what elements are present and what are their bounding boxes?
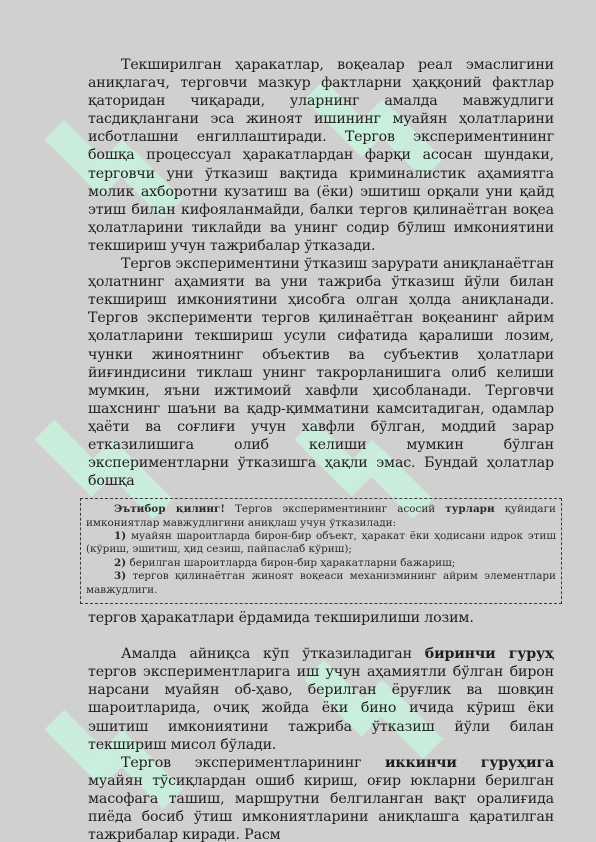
- paragraph-4-bold: иккинчи гуруҳига: [385, 755, 554, 771]
- note-item-number: 3): [114, 570, 126, 582]
- note-intro-text: Тергов экспериментининг асосий: [235, 503, 435, 515]
- note-item-text: муайян шароитларда бирон-бир объект, ҳар…: [86, 530, 556, 555]
- paragraph-3: Амалда айниқса кўп ўтказиладиган биринчи…: [88, 645, 554, 754]
- paragraph-spacer: [88, 627, 554, 645]
- note-item-number: 1): [114, 530, 126, 542]
- document-page: Текширилган ҳаракатлар, воқеалар реал эм…: [88, 56, 554, 842]
- note-intro: Эътибор қилинг! Тергов экспериментининг …: [86, 503, 556, 530]
- paragraph-3-bold: биринчи гуруҳ: [425, 646, 554, 662]
- paragraph-4: Тергов экспериментларининг иккинчи гуруҳ…: [88, 754, 554, 842]
- paragraph-2-continued: тергов ҳаракатлари ёрдамида текширилиши …: [88, 609, 554, 627]
- paragraph-3-text: Амалда айниқса кўп ўтказиладиган: [121, 646, 412, 662]
- note-item-text: тергов қилинаётган жиноят воқеаси механи…: [86, 570, 556, 595]
- paragraph-2: Тергов экспериментини ўтказиш зарурати а…: [88, 255, 554, 490]
- paragraph-4-text: Тергов экспериментларининг: [121, 755, 361, 771]
- paragraph-3-rest: тергов экспериментларига иш учун аҳамият…: [88, 664, 554, 752]
- note-item-1: 1) муайян шароитларда бирон-бир объект, …: [86, 530, 556, 557]
- paragraph-1: Текширилган ҳаракатлар, воқеалар реал эм…: [88, 56, 554, 255]
- note-item-2: 2) берилган шароитларда бирон-бир ҳарака…: [86, 557, 556, 570]
- note-item-3: 3) тергов қилинаётган жиноят воқеаси мех…: [86, 570, 556, 597]
- note-title: Эътибор қилинг!: [114, 503, 225, 515]
- note-item-text: берилган шароитларда бирон-бир ҳаракатла…: [129, 557, 455, 569]
- note-intro-bold: турлари: [445, 503, 494, 515]
- note-item-number: 2): [114, 557, 126, 569]
- attention-note-box: Эътибор қилинг! Тергов экспериментининг …: [80, 498, 562, 604]
- paragraph-4-rest: муайян тўсиқлардан ошиб кириш, оғир юкла…: [88, 773, 554, 842]
